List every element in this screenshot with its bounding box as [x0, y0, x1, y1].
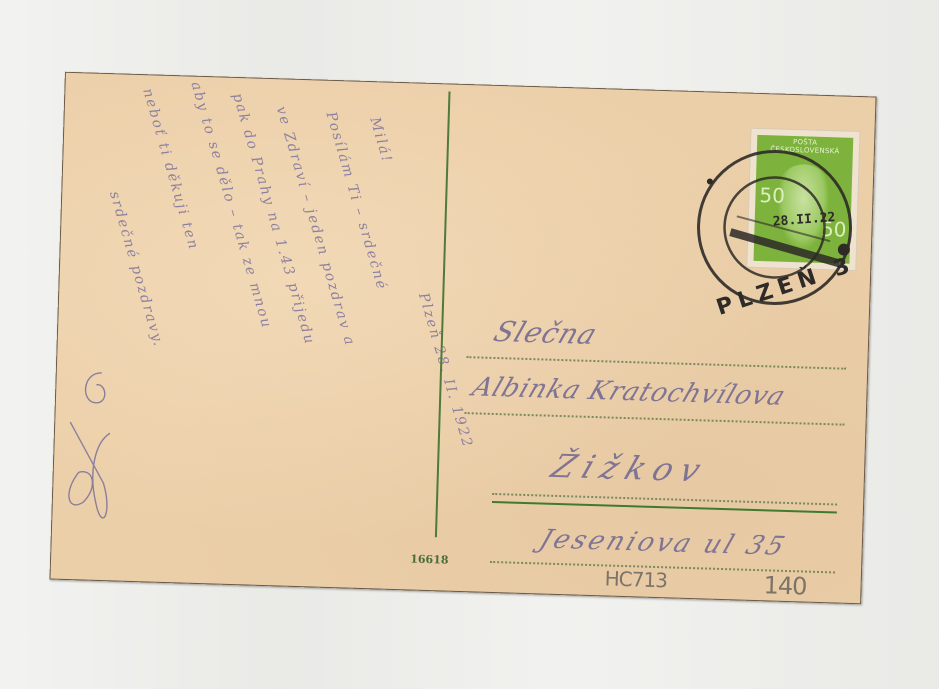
- message-line: Milá!: [366, 115, 395, 165]
- date-line: Plzeň 28. II. 1922: [415, 291, 476, 450]
- address-line-rule: [465, 412, 845, 426]
- catalog-code-note: HC713: [604, 566, 667, 592]
- signature-flourish: [57, 362, 142, 534]
- message-line: srdečné pozdravy.: [106, 189, 167, 349]
- price-note: 140: [763, 571, 807, 600]
- message-line: neboť ti děkuji ten: [139, 86, 201, 252]
- publisher-number: 16618: [410, 552, 449, 566]
- signature: J.: [74, 442, 77, 443]
- postcard: Milá! Posílám Ti – srdečné ve Zdraví – j…: [49, 72, 876, 605]
- address-salutation: Slečna: [489, 315, 602, 351]
- address-recipient: Albinka Kratochvílova: [468, 372, 790, 411]
- address-city: Žižkov: [546, 447, 713, 489]
- address-line-rule: [466, 356, 846, 370]
- address-street: Jeseniova ul 35: [536, 525, 792, 562]
